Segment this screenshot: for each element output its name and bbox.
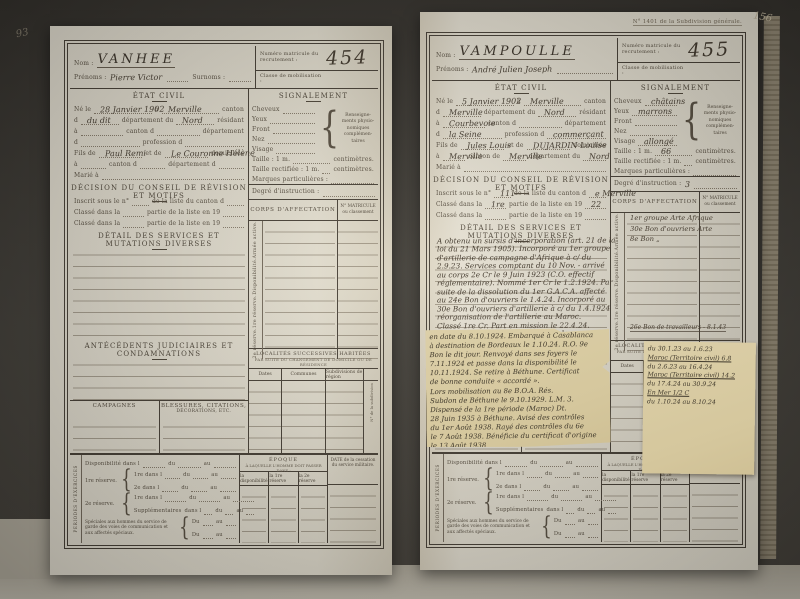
corps-entry: 1er groupe Arte Afrique [630,213,713,224]
signalement-title: SIGNALEMENT [611,81,740,96]
static-text: CORPS D'AFFECTATIONN° MATRICULE ou class… [611,192,740,213]
static-text: 1re dans lduau 2e dans lduau [496,469,598,491]
static-text [226,530,236,539]
static-text: Classe [622,65,640,71]
static-text [268,135,315,144]
static-text: Du [554,519,562,525]
static-text: Nord [176,116,214,125]
prenoms-value: Pierre Victor [110,73,162,83]
static-text [221,470,236,479]
static-text: du [530,461,537,467]
static-text: Paul Remi [99,149,143,158]
static-text [587,505,595,514]
static-text: { [483,491,494,517]
static-text: CAMPAGNES [70,401,160,453]
static-text: Merville [443,108,481,117]
static-text: au [223,496,230,502]
static-text: { [179,515,190,541]
static-text: Classe de mobilisation : [256,71,378,88]
birth-line: Né le5 Janvier 1902àMervillecanton [432,96,610,107]
corps-side-labels: Armée active. Disponibilité. 1re réserve… [611,213,625,351]
static-text: 28 Janvier 1902 [94,105,152,114]
static-text: 1re dans lduau [496,469,598,478]
static-text: canton d [109,162,137,169]
nom-value: Vanhee [97,52,175,68]
classe-label: Classe de mobilisation : [260,74,322,86]
static-text: {Renseigne- ments physio- nomiques compl… [249,104,378,154]
classe-liste-line: Classé dans lapartie de la liste en 19 [70,207,248,218]
static-text [608,505,616,514]
static-text: 1re dans l [134,473,162,479]
static-text [233,493,254,502]
static-text: du [545,472,552,478]
renseignements-note: {Renseigne- ments physio- nomiques compl… [320,106,376,152]
static-text: au [216,533,223,539]
static-text [123,219,144,228]
left-page-frame: Nom :Vanhee Prénoms :Pierre VictorSurnom… [64,40,384,549]
static-text: partie de la liste en 19 [509,202,582,209]
static-text: Dates [611,361,644,372]
birth-date: 28 Janvier 1902 [100,105,164,115]
static-text: 1re réserve. [253,295,258,328]
campagnes-block: CAMPAGNES BLESSURES, CITATIONS,DÉCORATIO… [70,400,248,453]
static-text: canton [222,107,244,114]
static-text: 1re dans l [134,496,162,502]
static-text: 1re réserve. [447,477,481,483]
static-text: 1re dans lduau [134,493,255,502]
static-text: d [436,132,440,139]
table-mat-corner [0,519,54,579]
static-text: commerçant [547,130,606,139]
static-text: partie de la liste en 19 [147,221,220,228]
static-text: département d [168,162,216,169]
taille-value: 66 [661,147,671,156]
static-text [565,516,575,525]
static-text: 2e dans lduau [134,483,236,492]
static-text: centimètres. [333,167,374,174]
decision-title: DÉCISION DU CONSEIL DE RÉVISION ET MOTIF… [70,181,248,196]
static-text: { [121,492,132,518]
static-text [223,219,244,228]
static-text [167,73,189,82]
static-text: la disponibilité [602,471,631,542]
static-text: DatesCommunesSubdivisions de région [249,368,378,381]
static-text: la disponibilité [602,471,630,485]
static-text: N° de la subdivision [364,381,378,453]
static-text: Supplémentairesdans lduau [134,506,255,515]
date-cessation-column: DATE de la cessation du service militair… [327,455,378,543]
static-text: Numéro matricule du recrutement :454 Cla… [256,46,378,88]
static-text: 22 [591,200,601,209]
static-text [271,486,295,543]
static-text [561,492,582,501]
static-text: Yeux [249,114,318,124]
static-text: 1re dans lduau Supplémentairesdans lduau [496,492,617,514]
static-text: et de [145,151,161,158]
static-text: Disponibilité dans lduau [85,459,236,468]
marie-line: Marié à [432,162,610,173]
static-text [323,188,375,197]
static-text [249,381,282,453]
static-text: Nez [611,126,680,136]
static-text: la Seine [443,130,502,139]
static-text: 1re dans lduau [496,492,617,501]
static-text: 2e réserve. [611,320,624,350]
static-text: PÉRIODES D'EXERCICES [73,465,78,532]
static-text: Merville [503,152,526,161]
static-text: du dit [87,116,111,125]
matricule-number: 455 [688,38,731,61]
left-page-454: Nom :Vanhee Prénoms :Pierre VictorSurnom… [50,26,392,575]
static-text: 1re réserve. [249,295,262,328]
static-text: 22 [585,200,606,209]
static-text: DUJARDIN Louise [527,141,571,150]
degre-instruction-line: Degré d'instruction : [249,184,378,199]
prenoms-label: Prénoms : [436,67,468,74]
degre-value: 3 [685,179,690,188]
static-text: CORPS D'AFFECTATIONN° MATRICULE ou class… [249,200,378,221]
static-text: 1re réserve. [615,287,620,320]
static-text [364,369,378,380]
static-text: Né le [436,99,453,106]
static-text [585,211,606,220]
static-text [663,485,687,542]
static-text [163,416,246,453]
static-text: la 1re réserve [631,471,660,542]
profession-line: dla Seineprofession dcommerçant [432,129,610,140]
static-text: Taille : 1 m.66centimètres. [611,146,740,156]
static-text [270,115,315,124]
static-text: du [551,495,558,501]
static-text: Disponibilité dans lduau [447,458,598,467]
static-text [81,160,106,169]
campagnes-header: CAMPAGNES [70,401,159,416]
static-text [165,470,180,479]
static-text: allongé [638,137,677,146]
static-text [214,459,236,468]
static-text: Fils de [436,143,458,150]
static-text: Jules Louis [461,141,505,150]
services-title: DÉTAIL DES SERVICES ET MUTATIONS DIVERSE… [432,221,610,236]
static-text [73,416,156,453]
static-text: partie de la liste en 19 [147,210,220,217]
static-text: ÉTAT CIVIL Né le28 Janvier 1902àMerville… [70,89,378,453]
static-text: 2e réserve. [85,501,119,507]
static-text: Disponibilité. [253,258,258,295]
static-text [185,138,244,147]
book-fore-edge [760,16,780,559]
speciales-label: Spéciales aux hommes du service de garde… [85,520,177,537]
static-text: Yeux [252,117,267,124]
static-text: Duau [554,529,598,538]
static-text: 1re [491,200,505,209]
static-text [140,160,165,169]
static-text: châtains [645,97,677,106]
static-text: de la liste du canton d [514,191,586,198]
birth-date: 5 Janvier 1902 [462,97,521,107]
static-text: { [320,108,339,150]
static-text: Nom :Vanhee Prénoms :Pierre VictorSurnom… [70,46,256,88]
static-text: PÉRIODES D'EXERCICES [435,464,440,531]
static-text: 1re réserve. [611,287,624,320]
left-etat-civil-column: ÉTAT CIVIL Né le28 Janvier 1902àMerville… [70,89,249,453]
corps-affectation-table: CORPS D'AFFECTATIONN° MATRICULE ou class… [611,191,740,340]
static-text: Merville [449,108,483,117]
classe-liste-line: Classé dans la1repartie de la liste en 1… [432,199,610,210]
static-text: Taille rectifiée : 1 m.centimètres. [611,156,740,166]
static-text: 1re dans lduau Supplémentairesdans lduau [134,493,255,515]
static-text [527,492,548,501]
static-text: Communes [282,369,326,380]
static-text: à [74,129,78,136]
services-title: DÉTAIL DES SERVICES ET MUTATIONS DIVERSE… [70,229,248,244]
static-text: du 1.10.24 au 8.10.24 [647,398,751,408]
static-text [633,485,657,542]
static-text: d [74,140,78,147]
inscrit-line: Inscrit sous le n°111de la liste du cant… [432,188,610,199]
static-text: au [566,461,573,467]
static-text: Numéro matricule du recrutement :455 [618,38,740,63]
static-text: Classe de mobilisation : [618,63,740,80]
domicile-line: àMervillecanton deMervilledépartement du… [432,151,610,162]
reserve-entry: 26e Bon de travailleurs - 8.1.43 [630,324,726,332]
static-text: Courbevoie [443,119,485,128]
static-text: 2e réserve. [615,320,620,350]
static-text [582,482,598,491]
static-text: 1er groupe Arte Afrique 30e Bon d'ouvrie… [627,213,697,351]
static-text: Classé dans la [74,210,120,217]
static-text [565,529,575,538]
static-text: Front [611,116,680,126]
static-text [132,197,149,206]
etat-civil-title: ÉTAT CIVIL [432,81,610,96]
static-text: Classe [260,73,278,79]
static-text [203,517,213,526]
static-text: Classé dans la [74,221,120,228]
static-text: la 2e réserve [299,472,327,486]
nom-value: Vampoulle [459,44,574,60]
static-text: Degré d'instruction : [614,181,681,188]
static-text: du [183,473,190,479]
localites-table: LOCALITÉS SUCCESSIVES HABITÉES PAR SUITE… [249,348,378,453]
static-text: au [573,472,580,478]
static-text [178,459,200,468]
surnoms-label: Surnoms : [192,75,225,82]
static-text: la disponibilité [240,472,268,486]
static-text: Marques particulières : [611,166,740,176]
static-text: Marques particulières : [249,174,378,184]
static-text: Taille rectifiée : 1 m. [252,167,319,174]
static-text [162,483,178,492]
classe-liste-line: Classé dans lapartie de la liste en 19 [70,218,248,229]
static-text: 2e réserve. [447,500,481,506]
static-text [555,469,570,478]
static-text: centimètres. [695,149,736,156]
static-text: 1re [485,200,506,209]
static-text [229,73,251,82]
static-text: Disponibilité. [615,250,620,287]
decision-title: DÉCISION DU CONSEIL DE RÉVISION ET MOTIF… [432,173,610,188]
speciales-label: Spéciales aux hommes du service de garde… [447,519,539,536]
static-text: BLESSURES, CITATIONS,DÉCORATIONS, ETC. [160,401,249,453]
static-text [246,506,254,515]
classe-label: Classe de mobilisation : [622,66,684,78]
static-text [223,208,244,217]
static-text [330,485,376,543]
static-text: à [74,162,78,169]
static-text: au [204,462,211,468]
corps-entry: 8e Bon „ [630,234,713,245]
static-text: département [203,129,244,136]
static-text: au [578,519,585,525]
nom-label: Nom : [436,53,455,60]
static-text: du [215,509,222,515]
static-text: Visage [252,147,273,154]
static-text: du [168,462,175,468]
classe-liste-line: Classé dans lapartie de la liste en 19 [432,210,610,221]
departement: Nord [544,108,565,117]
static-text: la Seine [449,130,482,139]
mere: DUJARDIN Louise [533,141,607,151]
static-text: 5 Janvier 1902 [456,97,514,106]
static-text: { [541,514,552,540]
static-text: Inscrit sous le n° [436,191,491,198]
static-text: Front [614,119,632,126]
static-text: Merville [162,105,220,114]
static-text: Nez [249,134,318,144]
static-text [527,469,542,478]
static-text: 2e réserve. [249,328,262,358]
static-text: Nez [614,129,627,136]
static-text: Taille rectifiée : 1 m. [614,159,681,166]
static-text: Taille : 1 m. [252,157,290,164]
static-text [588,516,598,525]
static-text: Armée active. Disponibilité. 1re réserve… [611,213,740,351]
static-text: 1re dans lduau 2e dans lduau [134,470,236,492]
static-text: Merville [524,97,582,106]
corps-entries: 1er groupe Arte Afrique 30e Bon d'ouvrie… [630,213,713,245]
matricule-number: 454 [326,46,369,69]
static-text: Marié à [74,173,99,180]
static-text [191,483,207,492]
static-text [81,127,123,136]
blessures-header: BLESSURES, CITATIONS,DÉCORATIONS, ETC. [160,401,249,416]
corps-side-labels: Armée active. Disponibilité. 1re réserve… [249,221,263,359]
static-text: au [216,520,223,526]
periodes-vertical-label: PÉRIODES D'EXERCICES [432,454,444,542]
static-text: Numéro matricule du recrutement :454 [256,46,378,71]
static-text: ÉPOQUEÀ LAQUELLE L'HOMME DOIT PASSER DAN… [240,455,327,472]
static-text: du [577,508,584,514]
static-text: canton [584,99,606,106]
antecedents-blank-rules [73,354,245,400]
static-text [485,211,506,220]
static-text: Nom :Vanhee [74,52,251,68]
static-text: Spéciales aux hommes du service de garde… [447,516,598,538]
register-book-photo: 93 156 Nom :Vanhee Prénoms :Pierre Victo… [0,0,800,599]
static-text: résidant [217,118,244,125]
profession-line: dprofession d [70,137,248,148]
static-text: DATE de la cessation du service militair… [328,455,378,485]
static-text [226,517,236,526]
static-text: Yeux [614,109,629,116]
prenoms-label: Prénoms : [74,75,106,82]
static-text [553,482,569,491]
pere: Paul Remi [105,149,146,158]
static-text: Le Couronne Hélène [165,149,209,158]
static-text: département [565,121,606,128]
periodes-vertical-label: PÉRIODES D'EXERCICES [70,455,82,543]
static-text [337,221,378,359]
static-text: 1re réserve. [85,478,119,484]
static-text: Degré d'instruction : [252,189,319,196]
static-text: Taille : 1 m. [614,149,652,156]
static-text: au [585,495,592,501]
static-text: Prénoms :André Julien Joseph [436,65,613,74]
static-text [583,469,598,478]
right-page-455: N° 1401 de la Subdivision générale. Nom … [420,12,758,570]
static-text: la 1re réserve [269,472,298,543]
static-text: Classé dans la [436,202,482,209]
antecedents-title: ANTÉCÉDENTS JUDICIAIRES ET CONDAMNATIONS [70,339,248,354]
static-text: au [211,473,218,479]
static-text [524,482,540,491]
static-text: la 2e réserve [661,471,689,542]
static-text: profession d [505,132,545,139]
static-text [464,163,606,172]
static-text: Classé dans la [436,213,482,220]
static-text: Supplémentaires [496,508,544,514]
static-text: 66 [655,147,692,156]
static-text: Armée active. Disponibilité. 1re réserve… [249,221,378,359]
static-text: Duau [554,516,598,525]
static-text: 1re réserve.{ 1re dans lduau 2e dans ldu… [447,469,598,491]
static-text [505,458,527,467]
corner-print: N° 1401 de la Subdivision générale. [633,19,742,26]
static-text: du [189,496,196,502]
static-text: Nez [252,137,265,144]
static-text: du dit [81,116,119,125]
static-text: Nord [589,152,610,161]
static-text [692,484,738,542]
static-text [204,506,212,515]
static-text: département du [484,110,536,117]
static-text [199,493,220,502]
static-text: Duau [192,530,236,539]
pencil-mark-top-left: 93 [15,27,30,40]
static-text [326,381,364,453]
pere: Jules Louis [467,141,511,150]
static-text [220,483,236,492]
static-text [694,180,737,189]
residence-line: àCourbevoiecanton ddépartement [432,118,610,129]
static-text: 2e réserve.{ 1re dans lduau Supplémentai… [447,492,598,514]
static-text [219,160,244,169]
left-header: Nom :Vanhee Prénoms :Pierre VictorSurnom… [70,46,378,89]
static-text: canton d [126,129,154,136]
static-text: Marques particulières : [614,169,690,176]
static-text: 111 [494,189,511,198]
static-text [283,105,315,114]
static-text: la 1re réserve [269,472,297,486]
renseignements-note: {Renseigne- ments physio- nomiques compl… [682,98,738,144]
static-text: au [578,532,585,538]
birth-line: Né le28 Janvier 1902àMervillecanton [70,104,248,115]
static-text: Duau [192,517,236,526]
static-text: du [543,485,550,491]
static-text: Supplémentairesdans lduau [496,505,617,514]
static-text: Dates [249,369,282,380]
